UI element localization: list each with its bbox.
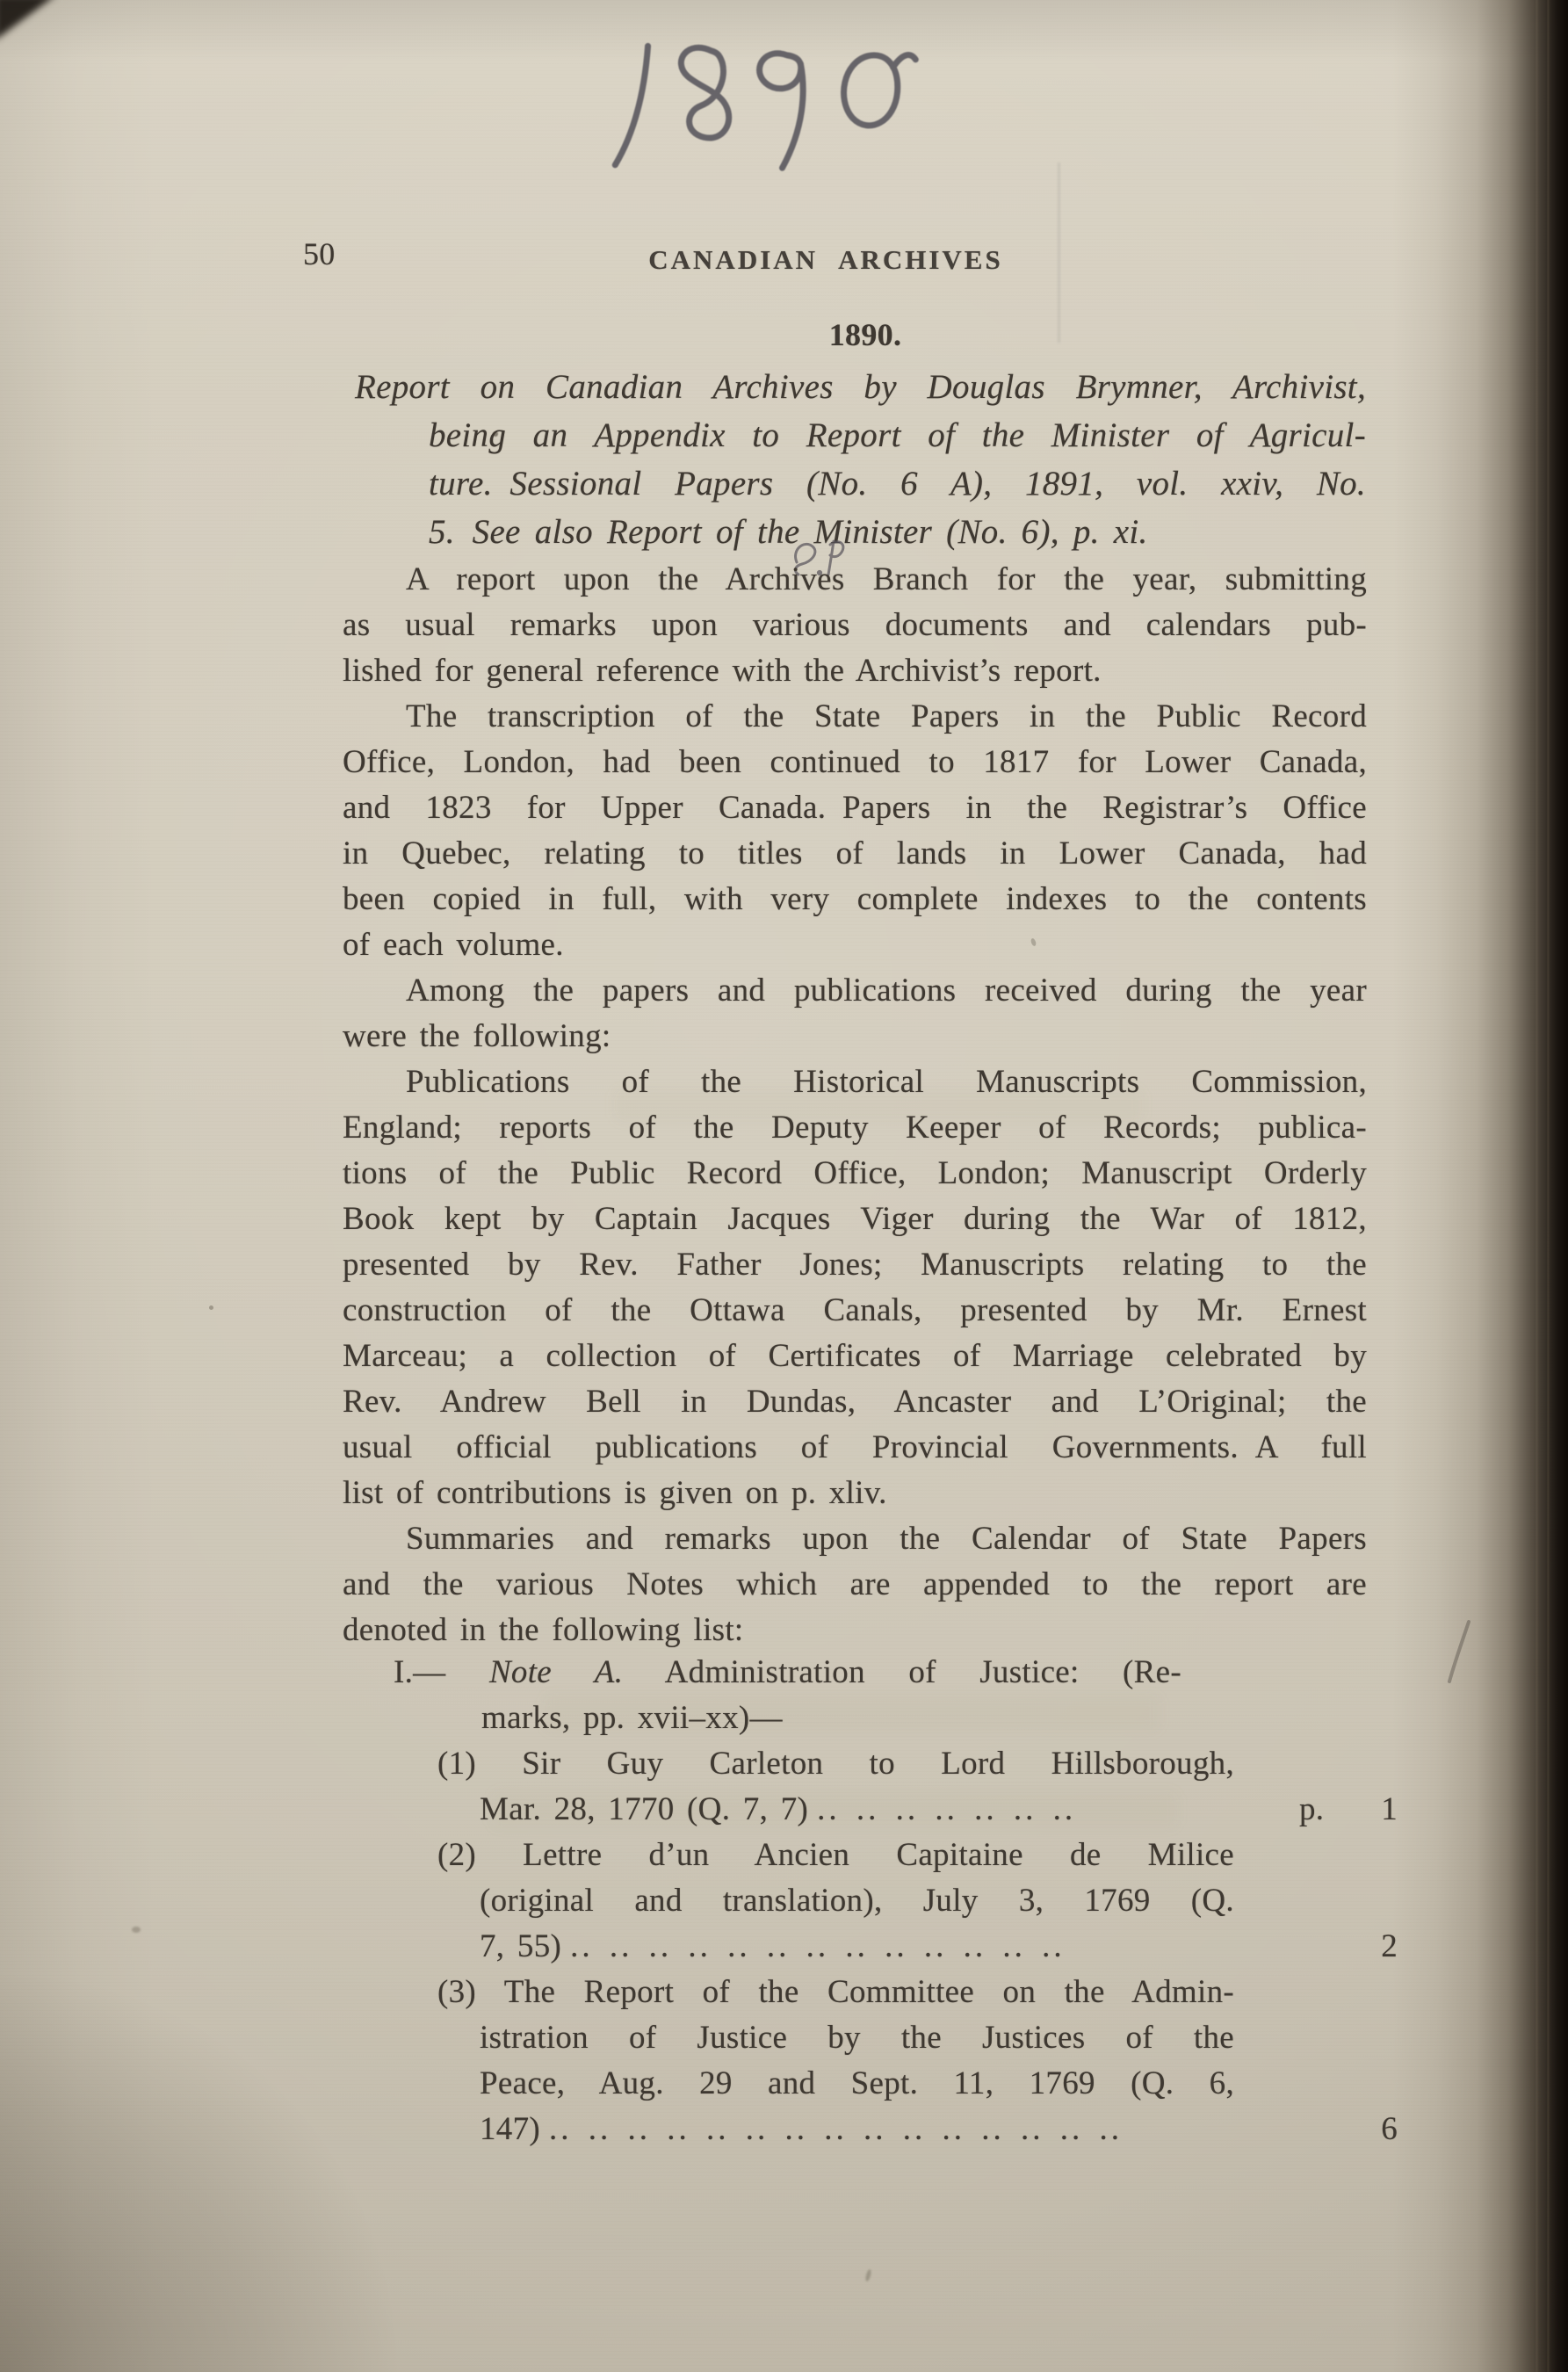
text-line: usual official publications of Provincia…	[343, 1425, 1367, 1471]
text-line: list of contributions is given on p. xli…	[343, 1471, 1367, 1516]
text-line: Book kept by Captain Jacques Viger durin…	[343, 1197, 1367, 1242]
list-item-text: 7, 55)	[480, 1928, 561, 1964]
list-heading-line: I.— Note A. Administration of Justice: (…	[394, 1650, 1234, 1696]
list-item-leader-row: 7, 55).. .. .. .. .. .. .. .. .. .. .. .…	[394, 1924, 1234, 1970]
citation-line: Report on Canadian Archives by Douglas B…	[355, 363, 1366, 411]
text-line: Summaries and remarks upon the Calendar …	[343, 1516, 1367, 1562]
paper-corner-shadow	[0, 0, 56, 40]
text-line: construction of the Ottawa Canals, prese…	[343, 1288, 1367, 1334]
running-head: CANADIAN ARCHIVES	[343, 244, 1309, 276]
text-line: England; reports of the Deputy Keeper of…	[343, 1105, 1367, 1151]
list-item-line: istration of Justice by the Justices of …	[394, 2015, 1234, 2061]
list-item-line: (3) The Report of the Committee on the A…	[394, 1970, 1234, 2015]
paper-speck	[493, 431, 498, 437]
list-heading-rest: Administration of Justice: (Re-	[665, 1654, 1181, 1690]
handwritten-year-icon	[597, 26, 922, 184]
text-line: presented by Rev. Father Jones; Manuscri…	[343, 1242, 1367, 1288]
text-line: Rev. Andrew Bell in Dundas, Ancaster and…	[343, 1379, 1367, 1425]
section-heading: 1890.	[369, 316, 1362, 353]
text-line: and the various Notes which are appended…	[343, 1562, 1367, 1608]
page-ref-label: p.	[1299, 1787, 1324, 1833]
text-line: Among the papers and publications receiv…	[343, 968, 1367, 1014]
book-page-scan: 50 CANADIAN ARCHIVES 1890. Report on Can…	[0, 0, 1568, 2372]
list-heading-line: marks, pp. xvii–xx)—	[394, 1696, 1234, 1741]
citation-line: 5. See also Report of the Minister (No. …	[355, 508, 1366, 556]
paper-speck	[864, 2269, 871, 2282]
text-line: tions of the Public Record Office, Londo…	[343, 1151, 1367, 1197]
list-item-line: (1) Sir Guy Carleton to Lord Hillsboroug…	[394, 1741, 1234, 1787]
list-item-text: 147)	[480, 2111, 540, 2147]
page-ref: p. 1	[1299, 1787, 1398, 1833]
list-heading-note: Note A.	[489, 1654, 623, 1690]
leader-dots: .. .. .. .. .. .. .. .. .. .. .. .. .. .…	[549, 2111, 1123, 2147]
body-text: A report upon the Archives Branch for th…	[343, 557, 1367, 1653]
citation-block: Report on Canadian Archives by Douglas B…	[355, 363, 1366, 556]
text-line: as usual remarks upon various documents …	[343, 603, 1367, 648]
text-line: in Quebec, relating to titles of lands i…	[343, 831, 1367, 877]
leader-dots: .. .. .. .. .. .. .. .. .. .. .. .. ..	[570, 1928, 1066, 1964]
text-line: were the following:	[343, 1014, 1367, 1059]
list-item-leader-row: Mar. 28, 1770 (Q. 7, 7).. .. .. .. .. ..…	[394, 1787, 1234, 1833]
text-line: denoted in the following list:	[343, 1608, 1367, 1653]
text-line: The transcription of the State Papers in…	[343, 694, 1367, 740]
paper-speck	[132, 1927, 141, 1933]
text-line: of each volume.	[343, 922, 1367, 968]
text-line: and 1823 for Upper Canada. Papers in the…	[343, 785, 1367, 831]
text-line: Office, London, had been continued to 18…	[343, 740, 1367, 785]
page-number: 50	[303, 235, 336, 272]
list-item-text: Mar. 28, 1770 (Q. 7, 7)	[480, 1791, 808, 1827]
text-line: lished for general reference with the Ar…	[343, 648, 1367, 694]
text-line: been copied in full, with very complete …	[343, 877, 1367, 922]
contents-list: I.— Note A. Administration of Justice: (…	[394, 1650, 1234, 2152]
text-line: Marceau; a collection of Certificates of…	[343, 1334, 1367, 1379]
paper-corner-shadow	[0, 1968, 404, 2372]
list-heading-prefix: I.—	[394, 1654, 445, 1690]
book-edge-shadow	[1392, 0, 1568, 2372]
list-item-line: Peace, Aug. 29 and Sept. 11, 1769 (Q. 6,	[394, 2061, 1234, 2107]
page-ref: 6	[1299, 2107, 1398, 2152]
leader-dots: .. .. .. .. .. .. ..	[817, 1791, 1076, 1827]
list-item-line: (original and translation), July 3, 1769…	[394, 1878, 1234, 1924]
citation-line: being an Appendix to Report of the Minis…	[355, 411, 1366, 459]
citation-line: ture. Sessional Papers (No. 6 A), 1891, …	[355, 459, 1366, 508]
list-item-line: (2) Lettre d’un Ancien Capitaine de Mili…	[394, 1833, 1234, 1878]
text-line: A report upon the Archives Branch for th…	[343, 557, 1367, 603]
page-ref: 2	[1299, 1924, 1398, 1970]
text-line: Publications of the Historical Manuscrip…	[343, 1059, 1367, 1105]
paper-speck	[209, 1305, 213, 1310]
list-item-leader-row: 147).. .. .. .. .. .. .. .. .. .. .. .. …	[394, 2107, 1234, 2152]
